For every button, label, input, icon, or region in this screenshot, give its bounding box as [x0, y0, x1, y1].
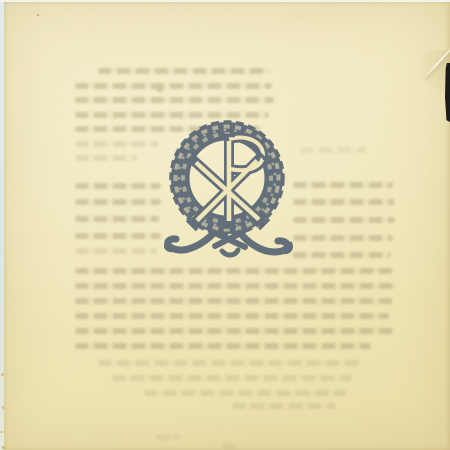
- bleed-through-line: [75, 328, 395, 334]
- bleed-through-line: [75, 199, 161, 205]
- scanned-page: Chi-Rho monogram inside a laurel wreath …: [0, 0, 450, 450]
- bleed-through-line: [75, 216, 159, 222]
- bleed-through-line: [293, 235, 393, 241]
- bleed-through-line: [222, 443, 242, 449]
- bleed-through-line: [75, 155, 137, 161]
- paper-stain: [156, 88, 164, 92]
- bleed-through-line: [98, 68, 270, 74]
- paper-speck: [37, 14, 39, 16]
- bleed-through-line: [293, 182, 393, 188]
- bleed-through-line: [156, 434, 180, 440]
- deckle-fleck: [0, 431, 3, 433]
- bleed-through-line: [75, 141, 159, 147]
- ribbon-bow: [166, 232, 290, 255]
- paper-crease-shadow: [416, 50, 450, 98]
- chi-rho-emblem: Chi-Rho monogram inside a laurel wreath …: [152, 112, 304, 262]
- deckle-fleck: [2, 406, 4, 409]
- bleed-through-line: [300, 147, 366, 153]
- bleed-through-line: [293, 217, 395, 223]
- bleed-through-line: [75, 313, 389, 319]
- bleed-through-line: [75, 83, 272, 89]
- bleed-through-line: [75, 283, 397, 289]
- bleed-through-line: [293, 252, 391, 258]
- bleed-through-line: [232, 403, 336, 409]
- bleed-through-line: [75, 298, 393, 304]
- bleed-through-line: [75, 233, 161, 239]
- bleed-through-line: [112, 375, 352, 381]
- bleed-through-line: [98, 360, 360, 366]
- deckle-fleck: [1, 373, 4, 376]
- bleed-through-line: [75, 268, 393, 274]
- deckle-fleck: [2, 446, 5, 449]
- scanner-edge-left: [0, 0, 4, 450]
- page: Chi-Rho monogram inside a laurel wreath …: [4, 2, 450, 450]
- bleed-through-line: [75, 248, 157, 254]
- bleed-through-line: [75, 97, 274, 103]
- scanner-edge-top: [0, 0, 450, 2]
- bleed-through-line: [75, 183, 161, 189]
- bleed-through-line: [293, 199, 395, 205]
- chi-rho-wreath-icon: [152, 112, 304, 262]
- bleed-through-line: [144, 390, 346, 396]
- bleed-through-line: [75, 343, 371, 349]
